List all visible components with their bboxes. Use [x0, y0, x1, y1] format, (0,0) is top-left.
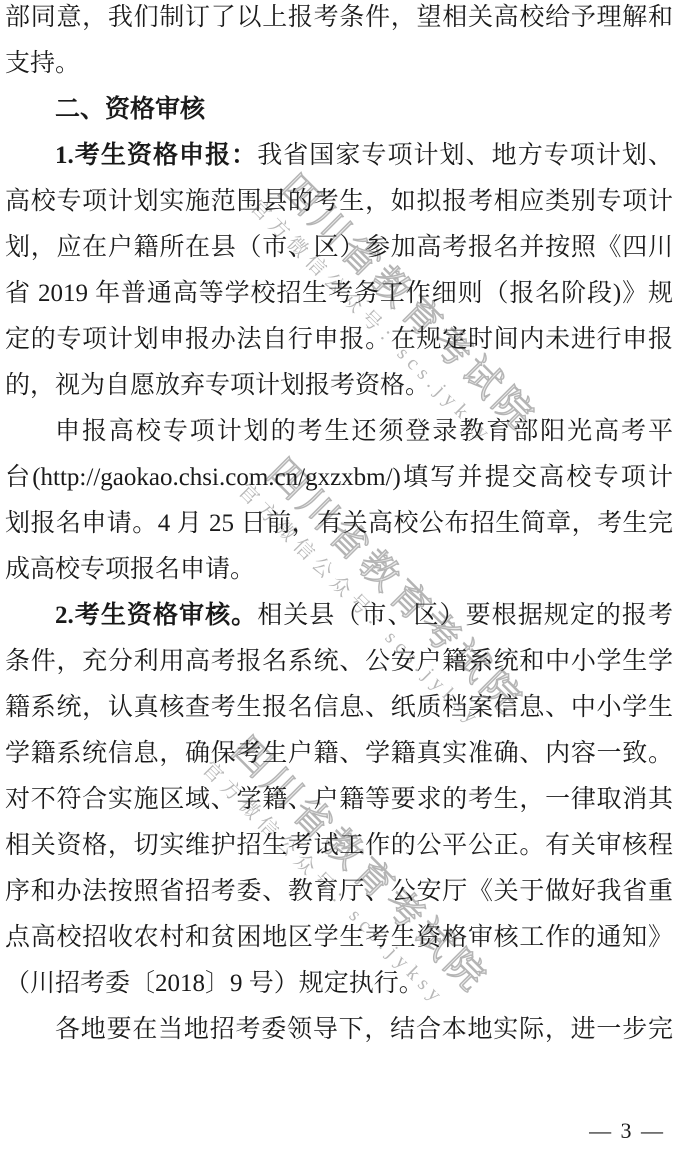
doc-line: 台(http://gaokao.chsi.com.cn/gxzxbm/)填写并提…	[5, 455, 673, 501]
doc-line-text: 对不符合实施区域、学籍、户籍等要求的考生，一律取消其	[5, 786, 673, 813]
doc-line-text: 划，应在户籍所在县（市、区）参加高考报名并按照《四川	[5, 234, 673, 261]
doc-line-text: 支持。	[5, 50, 80, 77]
doc-line: 对不符合实施区域、学籍、户籍等要求的考生，一律取消其	[5, 777, 673, 823]
document-page: { "colors": { "background": "#ffffff", "…	[0, 0, 680, 1153]
doc-line: 2.考生资格审核。相关县（市、区）要根据规定的报考	[5, 593, 673, 639]
doc-line-text: 划报名申请。4 月 25 日前，有关高校公布招生简章，考生完	[5, 510, 673, 537]
doc-line: 相关资格，切实维护招生考试工作的公平公正。有关审核程	[5, 823, 673, 869]
doc-line: 序和办法按照省招考委、教育厅、公安厅《关于做好我省重	[5, 869, 673, 915]
doc-line-text: 相关资格，切实维护招生考试工作的公平公正。有关审核程	[5, 832, 673, 859]
doc-line-text: 成高校专项报名申请。	[5, 556, 255, 583]
doc-line: 的，视为自愿放弃专项计划报考资格。	[5, 363, 673, 409]
doc-line-text: 台(http://gaokao.chsi.com.cn/gxzxbm/)填写并提…	[5, 464, 673, 491]
doc-line: 省 2019 年普通高等学校招生考务工作细则（报名阶段)》规	[5, 271, 673, 317]
doc-line: 申报高校专项计划的考生还须登录教育部阳光高考平	[5, 409, 673, 455]
doc-line-bold: 二、资格审核	[55, 96, 205, 123]
doc-line: 学籍系统信息，确保考生户籍、学籍真实准确、内容一致。	[5, 731, 673, 777]
doc-line-bold: 2.考生资格审核。	[55, 602, 257, 629]
doc-line: 1.考生资格申报：我省国家专项计划、地方专项计划、	[5, 133, 673, 179]
doc-line-text: 相关县（市、区）要根据规定的报考	[257, 602, 673, 629]
doc-line: 划报名申请。4 月 25 日前，有关高校公布招生简章，考生完	[5, 501, 673, 547]
doc-line-text: 申报高校专项计划的考生还须登录教育部阳光高考平	[55, 418, 673, 445]
doc-line-text: 的，视为自愿放弃专项计划报考资格。	[5, 372, 430, 399]
doc-line-text: 省 2019 年普通高等学校招生考务工作细则（报名阶段)》规	[5, 280, 673, 307]
doc-line: 高校专项计划实施范围县的考生，如拟报考相应类别专项计	[5, 179, 673, 225]
doc-line: 支持。	[5, 41, 673, 87]
doc-line: 点高校招收农村和贫困地区学生考生资格审核工作的通知》	[5, 915, 673, 961]
doc-line: 成高校专项报名申请。	[5, 547, 673, 593]
doc-line-bold: 1.考生资格申报：	[55, 142, 257, 169]
doc-line-text: 学籍系统信息，确保考生户籍、学籍真实准确、内容一致。	[5, 740, 673, 767]
doc-line: 划，应在户籍所在县（市、区）参加高考报名并按照《四川	[5, 225, 673, 271]
doc-line-text: 我省国家专项计划、地方专项计划、	[257, 142, 673, 169]
doc-line-text: 点高校招收农村和贫困地区学生考生资格审核工作的通知》	[5, 924, 673, 951]
doc-line: 籍系统，认真核查考生报名信息、纸质档案信息、中小学生	[5, 685, 673, 731]
doc-line-text: 定的专项计划申报办法自行申报。在规定时间内未进行申报	[5, 326, 673, 353]
document-body: 部同意，我们制订了以上报考条件，望相关高校给予理解和 支持。 二、资格审核 1.…	[5, 0, 673, 1053]
doc-line: 条件，充分利用高考报名系统、公安户籍系统和中小学生学	[5, 639, 673, 685]
doc-line: 部同意，我们制订了以上报考条件，望相关高校给予理解和	[5, 0, 673, 41]
doc-line: 各地要在当地招考委领导下，结合本地实际，进一步完	[5, 1007, 673, 1053]
doc-heading: 二、资格审核	[5, 87, 673, 133]
doc-line-text: 部同意，我们制订了以上报考条件，望相关高校给予理解和	[5, 4, 673, 31]
doc-line-text: 籍系统，认真核查考生报名信息、纸质档案信息、中小学生	[5, 694, 673, 721]
doc-line-text: （川招考委〔2018〕9 号）规定执行。	[5, 970, 424, 997]
doc-line: （川招考委〔2018〕9 号）规定执行。	[5, 961, 673, 1007]
doc-line-text: 序和办法按照省招考委、教育厅、公安厅《关于做好我省重	[5, 878, 673, 905]
page-number: — 3 —	[589, 1118, 663, 1144]
doc-line-text: 各地要在当地招考委领导下，结合本地实际，进一步完	[55, 1016, 673, 1043]
doc-line-text: 高校专项计划实施范围县的考生，如拟报考相应类别专项计	[5, 188, 673, 215]
doc-line: 定的专项计划申报办法自行申报。在规定时间内未进行申报	[5, 317, 673, 363]
doc-line-text: 条件，充分利用高考报名系统、公安户籍系统和中小学生学	[5, 648, 673, 675]
